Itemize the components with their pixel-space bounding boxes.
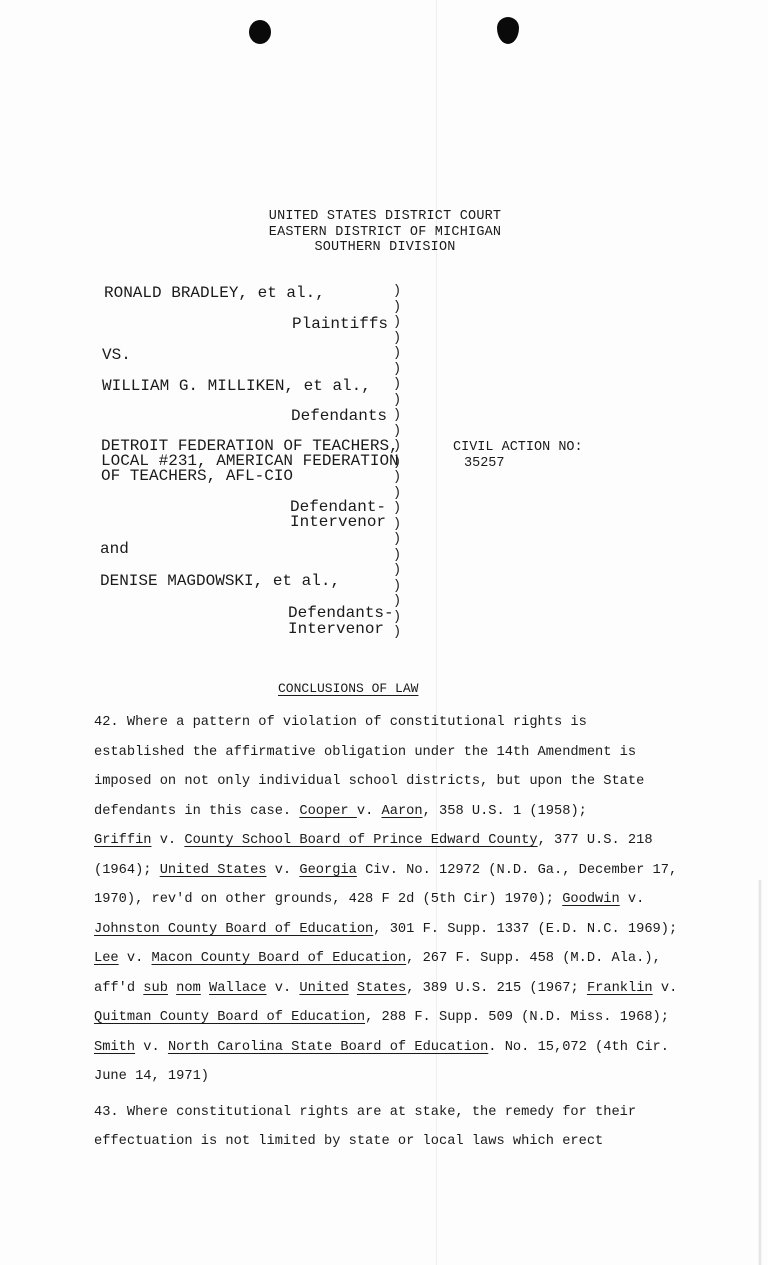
case-citation-name: United <box>299 981 348 996</box>
text-segment: June 14, 1971) <box>94 1069 209 1084</box>
civil-action-label: CIVIL ACTION NO: <box>453 440 583 456</box>
case-citation-name: Griffin <box>94 833 152 848</box>
court-name: UNITED STATES DISTRICT COURT <box>240 209 530 225</box>
body-line: effectuation is not limited by state or … <box>94 1127 714 1157</box>
text-segment: imposed on not only individual school di… <box>94 774 644 789</box>
text-segment: , 358 U.S. 1 (1958); <box>423 804 587 819</box>
case-citation-name: Lee <box>94 951 119 966</box>
court-district: EASTERN DISTRICT OF MICHIGAN <box>240 225 530 241</box>
text-segment: v. <box>152 833 185 848</box>
body-line: imposed on not only individual school di… <box>94 767 714 797</box>
body-line: Griffin v. County School Board of Prince… <box>94 826 714 856</box>
defendant-role: Defendants <box>291 407 387 425</box>
text-segment <box>349 981 357 996</box>
defendant-name: WILLIAM G. MILLIKEN, et al., <box>102 377 371 395</box>
conclusions-body: 42. Where a pattern of violation of cons… <box>94 708 714 1157</box>
civil-action-block: CIVIL ACTION NO: 35257 <box>453 440 583 471</box>
case-citation-name: North Carolina State Board of Education <box>168 1040 488 1055</box>
case-citation-name: Franklin <box>587 981 653 996</box>
body-line: Smith v. North Carolina State Board of E… <box>94 1033 714 1063</box>
body-line: Johnston County Board of Education, 301 … <box>94 915 714 945</box>
case-citation-name: Macon County Board of Education <box>152 951 407 966</box>
text-segment: v. <box>119 951 152 966</box>
body-line: Quitman County Board of Education, 288 F… <box>94 1003 714 1033</box>
intervenor1-role-line2: Intervenor <box>290 513 386 531</box>
case-citation-name: Cooper <box>299 804 357 819</box>
body-line: (1964); United States v. Georgia Civ. No… <box>94 856 714 886</box>
versus-label: VS. <box>102 346 131 364</box>
intervenor1-name-line3: OF TEACHERS, AFL-CIO <box>101 467 293 485</box>
case-citation-name: nom <box>176 981 201 996</box>
text-segment: 42. Where a pattern of violation of cons… <box>94 715 587 730</box>
text-segment: (1964); <box>94 863 160 878</box>
body-line: established the affirmative obligation u… <box>94 738 714 768</box>
caption-parenthesis-column: )))))) )))))) )))))) ))))) <box>393 284 403 641</box>
text-segment: v. <box>267 863 300 878</box>
text-segment: . No. 15,072 (4th Cir. <box>488 1040 669 1055</box>
court-header: UNITED STATES DISTRICT COURT EASTERN DIS… <box>240 209 530 256</box>
text-segment: v. <box>135 1040 168 1055</box>
case-citation-name: Georgia <box>299 863 357 878</box>
case-citation-name: Goodwin <box>562 892 620 907</box>
punch-hole-left <box>249 20 271 44</box>
punch-hole-right <box>497 17 519 44</box>
plaintiff-role: Plaintiffs <box>292 315 388 333</box>
case-citation-name: Quitman County Board of Education <box>94 1010 365 1025</box>
plaintiff-name: RONALD BRADLEY, et al., <box>104 284 325 302</box>
text-segment: established the affirmative obligation u… <box>94 745 636 760</box>
document-page: UNITED STATES DISTRICT COURT EASTERN DIS… <box>0 0 768 1265</box>
text-segment: , 267 F. Supp. 458 (M.D. Ala.), <box>406 951 661 966</box>
text-segment <box>201 981 209 996</box>
body-line: 43. Where constitutional rights are at s… <box>94 1098 714 1128</box>
body-line: 42. Where a pattern of violation of cons… <box>94 708 714 738</box>
text-segment: v. <box>653 981 678 996</box>
text-segment: , 389 U.S. 215 (1967; <box>406 981 587 996</box>
case-citation-name: County School Board of Prince Edward Cou… <box>184 833 537 848</box>
body-line: Lee v. Macon County Board of Education, … <box>94 944 714 974</box>
text-segment: 1970), rev'd on other grounds, 428 F 2d … <box>94 892 562 907</box>
text-segment: v. <box>620 892 645 907</box>
section-title: CONCLUSIONS OF LAW <box>278 681 418 696</box>
case-citation-name: sub <box>143 981 168 996</box>
paragraph-42: 42. Where a pattern of violation of cons… <box>94 708 714 1092</box>
body-line: June 14, 1971) <box>94 1062 714 1092</box>
text-segment: effectuation is not limited by state or … <box>94 1134 603 1149</box>
case-citation-name: Smith <box>94 1040 135 1055</box>
intervenor2-role-line2: Intervenor <box>288 620 384 638</box>
body-line: 1970), rev'd on other grounds, 428 F 2d … <box>94 885 714 915</box>
text-segment: Civ. No. 12972 (N.D. Ga., December 17, <box>357 863 677 878</box>
text-segment: v. <box>267 981 300 996</box>
body-line: defendants in this case. Cooper v. Aaron… <box>94 797 714 827</box>
paragraph-43: 43. Where constitutional rights are at s… <box>94 1098 714 1157</box>
text-segment: , 301 F. Supp. 1337 (E.D. N.C. 1969); <box>373 922 677 937</box>
intervenor2-name: DENISE MAGDOWSKI, et al., <box>100 572 340 590</box>
court-division: SOUTHERN DIVISION <box>240 240 530 256</box>
case-citation-name: Johnston County Board of Education <box>94 922 373 937</box>
text-segment: , 288 F. Supp. 509 (N.D. Miss. 1968); <box>365 1010 669 1025</box>
text-segment: 43. Where constitutional rights are at s… <box>94 1105 636 1120</box>
case-citation-name: United States <box>160 863 267 878</box>
case-citation-name: Wallace <box>209 981 267 996</box>
conjunction-and: and <box>100 540 129 558</box>
page-edge-shadow <box>758 880 762 1265</box>
body-line: aff'd sub nom Wallace v. United States, … <box>94 974 714 1004</box>
text-segment: , 377 U.S. 218 <box>538 833 653 848</box>
case-citation-name: States <box>357 981 406 996</box>
text-segment: v. <box>357 804 382 819</box>
text-segment: aff'd <box>94 981 143 996</box>
text-segment <box>168 981 176 996</box>
case-citation-name: Aaron <box>382 804 423 819</box>
text-segment: defendants in this case. <box>94 804 299 819</box>
civil-action-number: 35257 <box>453 456 583 472</box>
